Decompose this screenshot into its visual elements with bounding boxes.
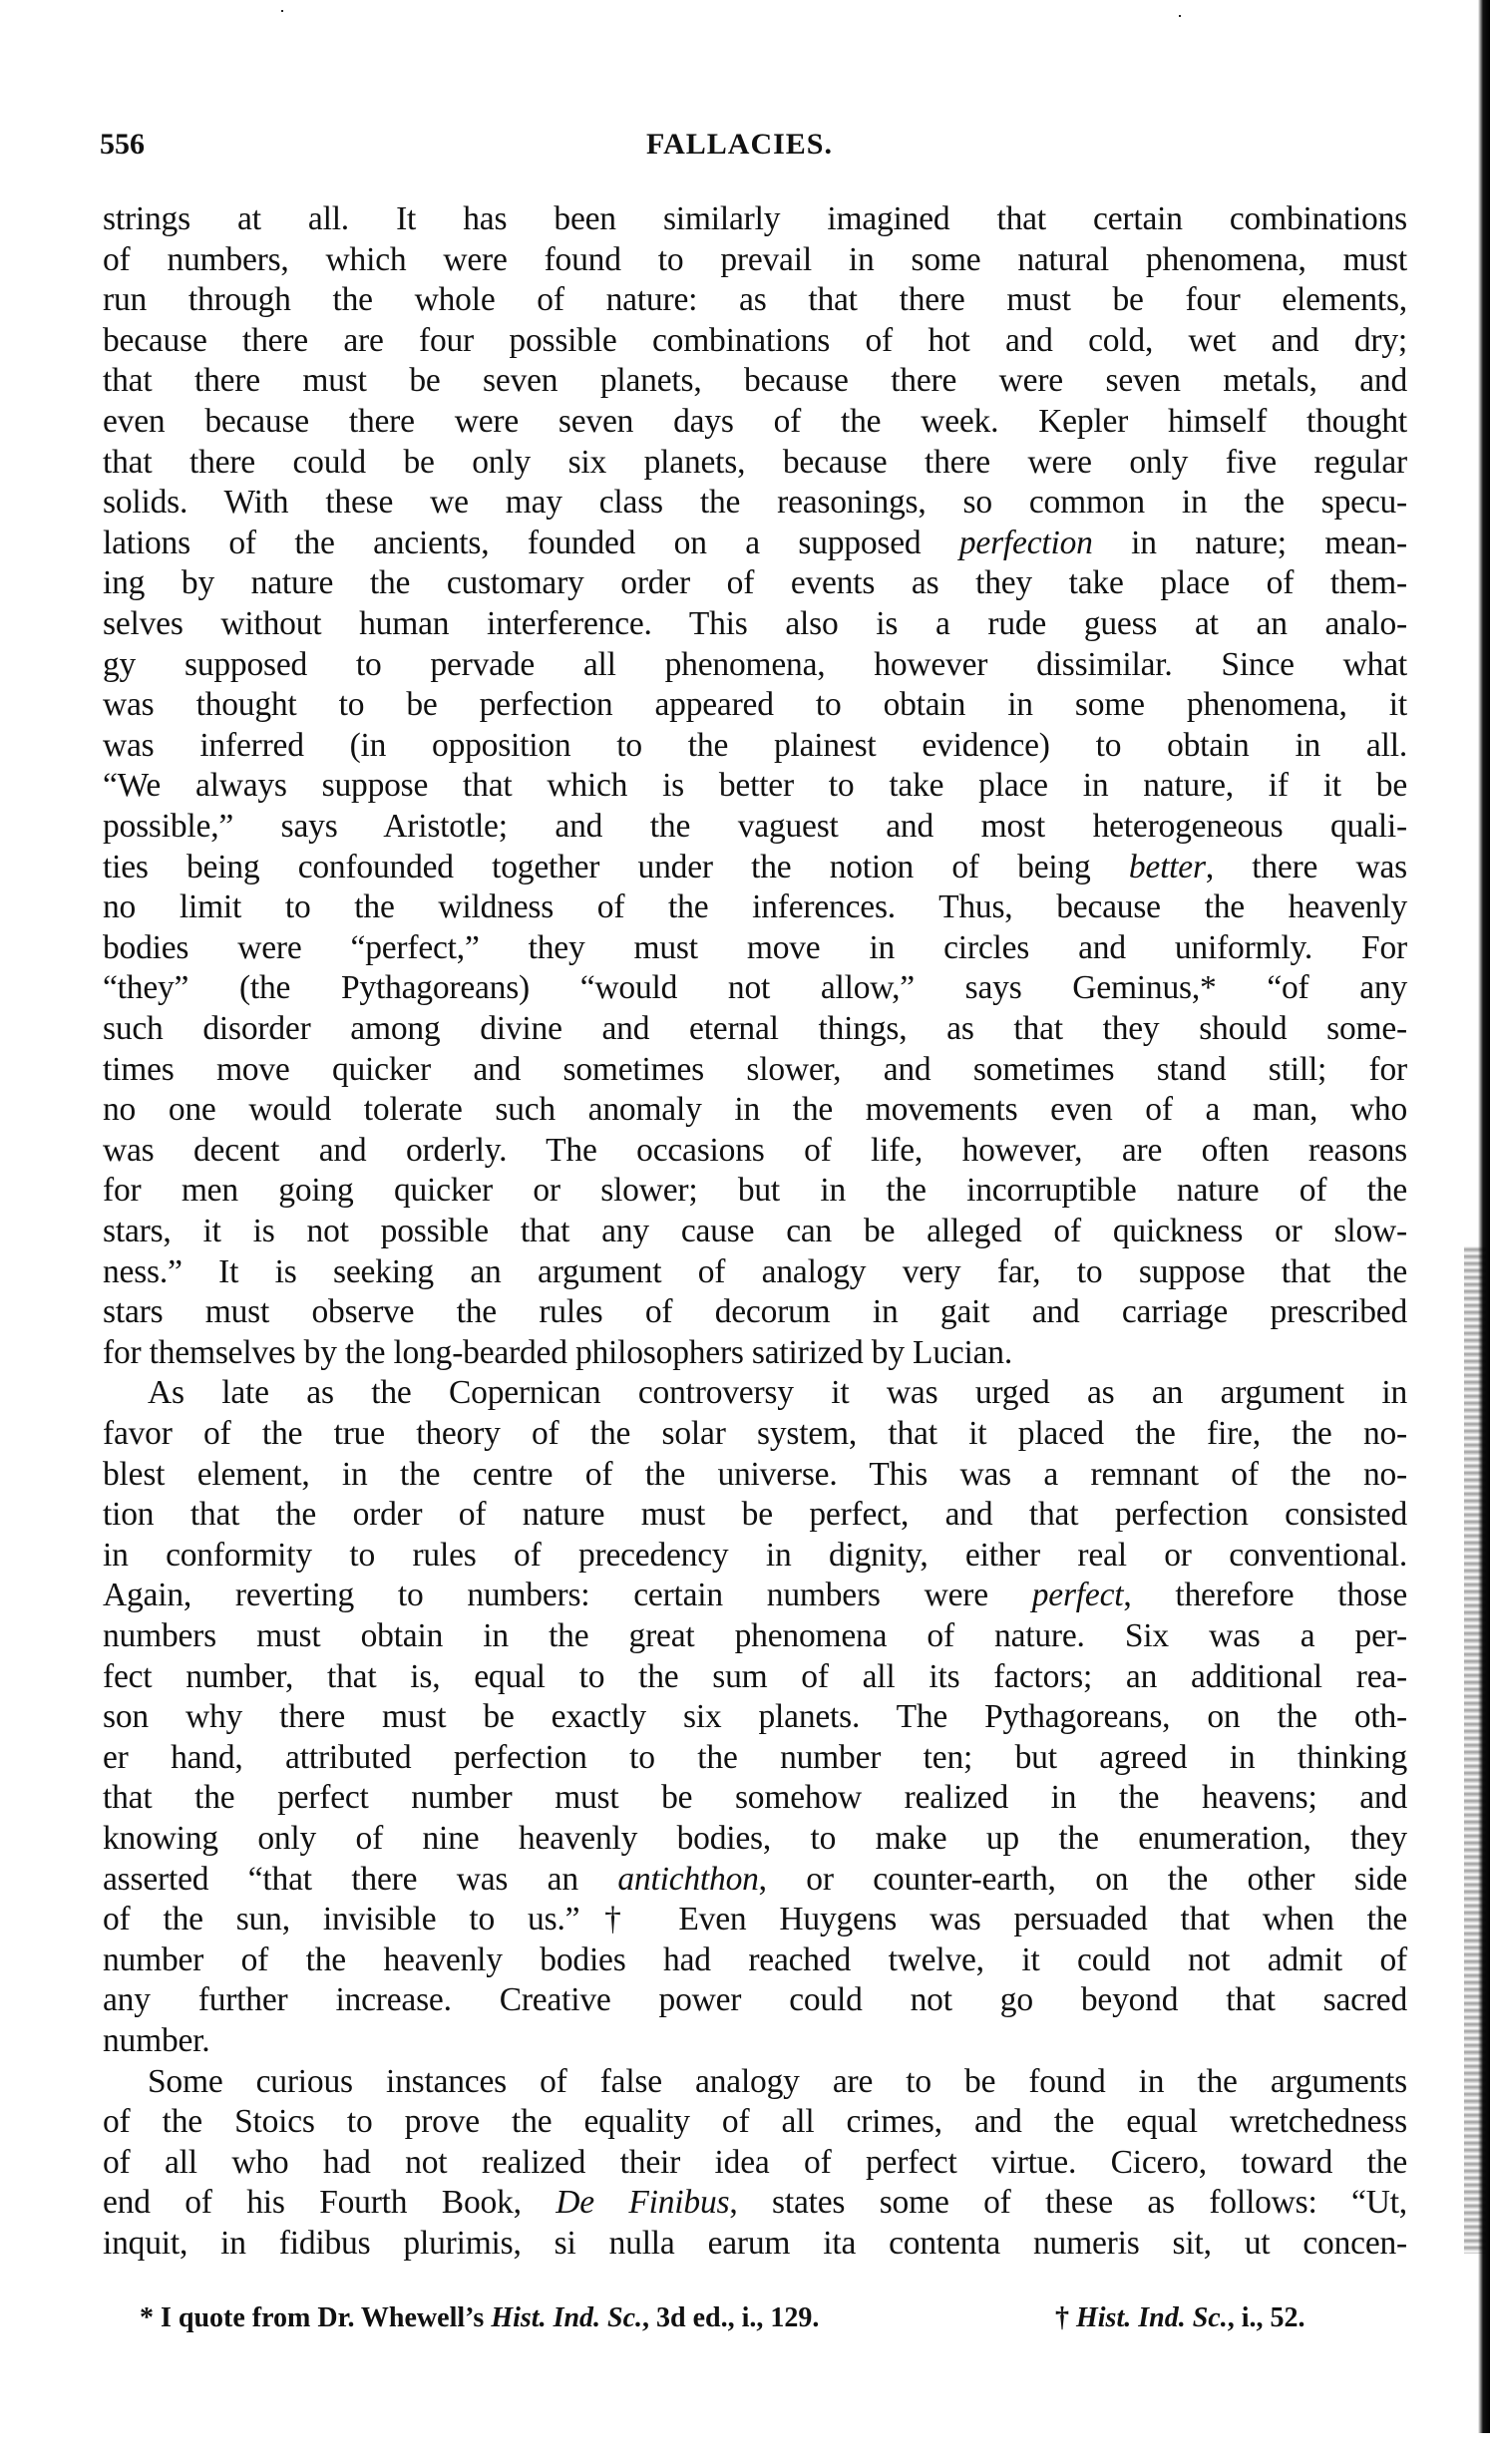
text-line: strings at all. It has been similarly im… bbox=[103, 199, 1407, 239]
text-run: , or counter-earth, on the other side bbox=[759, 1861, 1407, 1898]
italic-term: De Finibus bbox=[556, 2184, 729, 2221]
text-line: times move quicker and sometimes slower,… bbox=[103, 1050, 1407, 1090]
text-line: of the Stoics to prove the equality of a… bbox=[103, 2102, 1407, 2142]
scan-speck bbox=[281, 10, 283, 12]
page-number: 556 bbox=[100, 128, 145, 162]
text-line: As late as the Copernican controversy it… bbox=[148, 1373, 1407, 1413]
text-line: end of his Fourth Book, De Finibus, stat… bbox=[103, 2183, 1407, 2223]
text-line: such disorder among divine and eternal t… bbox=[103, 1009, 1407, 1049]
text-line: for men going quicker or slower; but in … bbox=[103, 1171, 1407, 1211]
text-line: even because there were seven days of th… bbox=[103, 402, 1407, 442]
text-line: selves without human interference. This … bbox=[103, 604, 1407, 644]
footnote-asterisk: * I quote from Dr. Whewell’s Hist. Ind. … bbox=[140, 2298, 819, 2338]
text-run: , states some of these as follows: “Ut, bbox=[729, 2184, 1407, 2221]
text-line: lations of the ancients, founded on a su… bbox=[103, 524, 1407, 563]
italic-term: better bbox=[1129, 849, 1206, 885]
text-line: that the perfect number must be somehow … bbox=[103, 1778, 1407, 1818]
text-line: er hand, attributed perfection to the nu… bbox=[103, 1738, 1407, 1778]
text-line: number. bbox=[103, 2021, 1407, 2061]
text-line: no one would tolerate such anomaly in th… bbox=[103, 1090, 1407, 1130]
italic-term: antichthon bbox=[617, 1861, 758, 1898]
text-line: “they” (the Pythagoreans) “would not all… bbox=[103, 968, 1407, 1008]
text-run: lations of the ancients, founded on a su… bbox=[103, 525, 959, 561]
text-line: gy supposed to pervade all phenomena, ho… bbox=[103, 645, 1407, 685]
text-line: stars, it is not possible that any cause… bbox=[103, 1212, 1407, 1251]
italic-term: perfect bbox=[1032, 1577, 1124, 1613]
footnote-title: Hist. Ind. Sc. bbox=[1076, 2302, 1228, 2333]
text-line: ness.” It is seeking an argument of anal… bbox=[103, 1252, 1407, 1292]
text-line: in conformity to rules of precedency in … bbox=[103, 1536, 1407, 1576]
text-line: run through the whole of nature: as that… bbox=[103, 280, 1407, 320]
footnote-mark: * bbox=[140, 2302, 161, 2333]
footnote-citation: , i., 52. bbox=[1228, 2302, 1305, 2333]
text-run: in nature; mean- bbox=[1093, 525, 1407, 561]
text-line: was thought to be perfection appeared to… bbox=[103, 685, 1407, 725]
scan-binding-shadow bbox=[1464, 1246, 1486, 2254]
text-line: for themselves by the long-bearded philo… bbox=[103, 1333, 1407, 1373]
footnote-mark: † bbox=[1055, 2302, 1076, 2333]
text-line: favor of the true theory of the solar sy… bbox=[103, 1414, 1407, 1454]
text-line: was decent and orderly. The occasions of… bbox=[103, 1131, 1407, 1171]
text-line: son why there must be exactly six planet… bbox=[103, 1697, 1407, 1737]
text-line: number of the heavenly bodies had reache… bbox=[103, 1940, 1407, 1980]
text-run: , therefore those bbox=[1123, 1577, 1407, 1613]
text-line: of numbers, which were found to prevail … bbox=[103, 240, 1407, 280]
text-line: was inferred (in opposition to the plain… bbox=[103, 726, 1407, 766]
text-line: possible,” says Aristotle; and the vague… bbox=[103, 807, 1407, 847]
text-line: Again, reverting to numbers: certain num… bbox=[103, 1576, 1407, 1615]
text-line: that there could be only six planets, be… bbox=[103, 443, 1407, 483]
text-line: bodies were “perfect,” they must move in… bbox=[103, 928, 1407, 968]
text-line: ing by nature the customary order of eve… bbox=[103, 563, 1407, 603]
footnote-dagger: † Hist. Ind. Sc., i., 52. bbox=[1055, 2298, 1304, 2338]
text-line: blest element, in the centre of the univ… bbox=[103, 1455, 1407, 1495]
text-line: numbers must obtain in the great phenome… bbox=[103, 1616, 1407, 1656]
text-run: Again, reverting to numbers: certain num… bbox=[103, 1577, 1032, 1613]
text-line: knowing only of nine heavenly bodies, to… bbox=[103, 1819, 1407, 1859]
footnote-text: I quote from Dr. Whewell’s bbox=[161, 2302, 491, 2333]
text-line: no limit to the wildness of the inferenc… bbox=[103, 887, 1407, 927]
text-line: any further increase. Creative power cou… bbox=[103, 1980, 1407, 2020]
footnote-title: Hist. Ind. Sc. bbox=[491, 2302, 642, 2333]
running-title: FALLACIES. bbox=[646, 128, 833, 162]
italic-term: perfection bbox=[959, 525, 1093, 561]
text-run: ties being confounded together under the… bbox=[103, 849, 1129, 885]
book-page: 556 FALLACIES. strings at all. It has be… bbox=[0, 0, 1490, 2464]
footnote-citation: , 3d ed., i., 129. bbox=[642, 2302, 819, 2333]
text-line: inquit, in fidibus plurimis, si nulla ea… bbox=[103, 2224, 1407, 2264]
text-run: end of his Fourth Book, bbox=[103, 2184, 556, 2221]
text-line: tion that the order of nature must be pe… bbox=[103, 1495, 1407, 1535]
text-line: ties being confounded together under the… bbox=[103, 848, 1407, 887]
scan-speck bbox=[1179, 15, 1181, 17]
text-line: of the sun, invisible to us.”† Even Huyg… bbox=[103, 1900, 1407, 1939]
footnotes: * I quote from Dr. Whewell’s Hist. Ind. … bbox=[140, 2298, 1376, 2338]
text-run: , there was bbox=[1206, 849, 1407, 885]
text-line: “We always suppose that which is better … bbox=[103, 766, 1407, 806]
text-line: of all who had not realized their idea o… bbox=[103, 2143, 1407, 2183]
text-line: that there must be seven planets, becaus… bbox=[103, 361, 1407, 401]
text-line: because there are four possible combinat… bbox=[103, 321, 1407, 361]
text-line: solids. With these we may class the reas… bbox=[103, 483, 1407, 523]
text-line: stars must observe the rules of decorum … bbox=[103, 1292, 1407, 1332]
text-line: fect number, that is, equal to the sum o… bbox=[103, 1657, 1407, 1697]
text-line: Some curious instances of false analogy … bbox=[148, 2062, 1407, 2102]
running-head: 556 FALLACIES. bbox=[100, 128, 1406, 168]
text-run: asserted “that there was an bbox=[103, 1861, 617, 1898]
text-line: asserted “that there was an antichthon, … bbox=[103, 1860, 1407, 1900]
